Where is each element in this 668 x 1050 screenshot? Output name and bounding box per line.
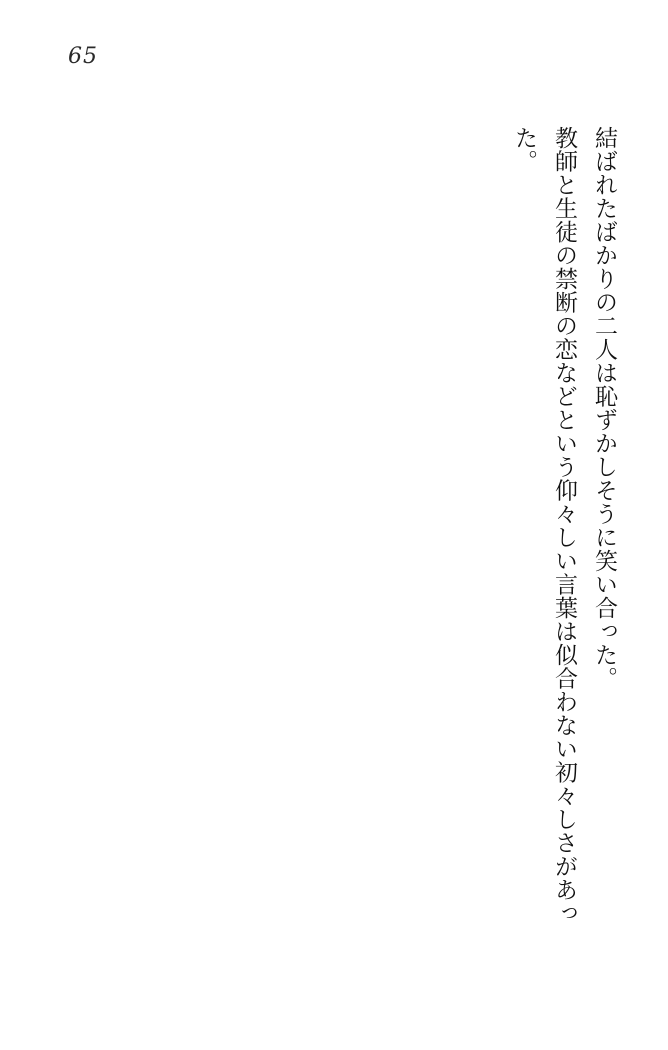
book-page: 65 結ばれたばかりの二人は恥ずかしそうに笑い合った。 教師と生徒の禁断の恋など…: [0, 0, 668, 1050]
page-number: 65: [68, 44, 98, 69]
vertical-text-block: 結ばれたばかりの二人は恥ずかしそうに笑い合った。 教師と生徒の禁断の恋などという…: [504, 126, 624, 970]
text-column-1: 結ばれたばかりの二人は恥ずかしそうに笑い合った。: [584, 126, 624, 970]
text-column-2: 教師と生徒の禁断の恋などという仰々しい言葉は似合わない初々しさがあった。: [504, 126, 584, 970]
